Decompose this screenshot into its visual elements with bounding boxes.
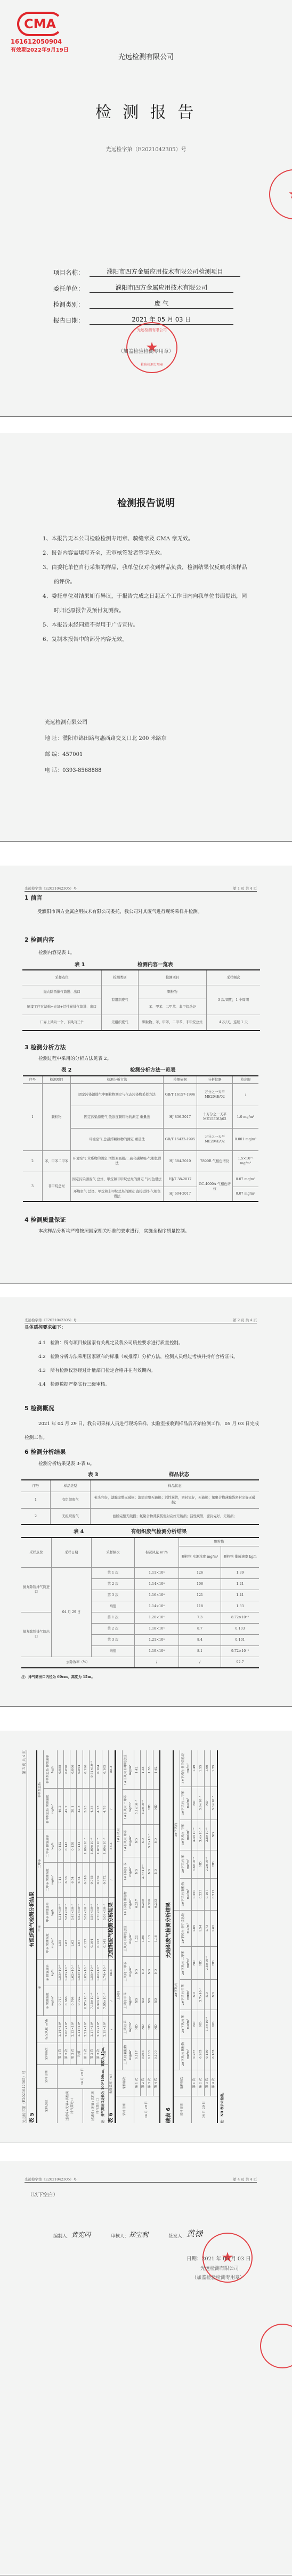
table-header: 样品类型	[51, 1480, 91, 1492]
header-report-no: 光远检字第（E2021042305）号	[25, 886, 77, 891]
table-cell: 0.138	[70, 1830, 77, 1862]
table-cell: HJ 604-2017	[164, 1187, 197, 1201]
table-cell: ND	[134, 1857, 141, 1887]
table-row: 04 月 29 日第 1 次0.267NDNDND1.650.2503.6×10…	[192, 1750, 198, 2123]
table-cell: 第 3 次	[92, 1634, 135, 1645]
table-cell: 4.79	[102, 1789, 109, 1830]
table-cell: 4.3×10⁻³	[192, 1820, 198, 1850]
footer-stamp-note: （加盖检验检测专用章）	[192, 2274, 245, 2281]
section-2-text: 检测内容见表 1。	[38, 949, 75, 957]
table-cell: 0.806	[70, 1750, 77, 1789]
table-cell: 118	[179, 1601, 221, 1612]
table-cell: 0.123	[96, 1927, 102, 1960]
table-cell: 固定污染源废气 总烃、甲烷和非甲烷总烃的测定 气相色谱法	[71, 1172, 164, 1187]
table-cell: 1.20×10⁴	[135, 1612, 179, 1623]
table-cell: 第 1 次	[83, 2043, 90, 2065]
table-row: 抛丸除锈排气筒进口 04 月 29 日 第 1 次 1.11×10⁴ 126 1…	[21, 1567, 259, 1578]
table-cell: 有组织废气	[102, 985, 139, 1015]
note-item: 2、报告内容需填写齐全，无审核签发者签字无效。	[43, 546, 250, 561]
table-cell: GC-4000A 气相色谱仪	[197, 1172, 233, 1201]
table-cell: ND	[192, 2010, 198, 2038]
table-header: 采样频次	[37, 2043, 58, 2065]
table-header: 检出限	[233, 1076, 259, 1083]
table-cell: 抛丸除锈排气筒出口	[21, 1612, 52, 1657]
table-cell: 1.55	[147, 1750, 153, 1790]
table-cell: 过滤棉+光氧+活性炭排气筒进口	[58, 2089, 83, 2124]
table-cell: ND	[147, 1790, 153, 1825]
rotated-content: 光远检字第（E2021042305）号 第 3 页 共 4 页 表 5 有组织废…	[21, 1750, 250, 2123]
table-cell: 1.62	[153, 1750, 160, 1790]
table-cell: 1.38	[141, 1750, 147, 1790]
table-cell: 2.7×10⁻³	[141, 1857, 147, 1887]
page-header: 光远检字第（E2021042305）号 第 1 页 共 4 页	[25, 886, 257, 892]
table-cell: 2.17×10⁴	[90, 2016, 96, 2043]
table-cell: 第 2 次	[90, 2043, 96, 2065]
table-cell: ND	[153, 2014, 160, 2039]
table-cell: 颗粒物、苯、甲苯、二甲苯、非甲烷总烃	[139, 1015, 207, 1031]
table-cell: 7.95×10⁻²	[102, 1986, 109, 2016]
table-cell: 2.19×10⁴	[96, 2016, 102, 2043]
company-name: 光远检测有限公司	[0, 51, 292, 61]
report-page-3: 光远检字第（E2021042305）号 第 3 页 共 4 页 表 5 有组织废…	[0, 1731, 292, 2143]
cma-mark: CMA 161612050904 有效期2022年9月19日	[11, 12, 69, 53]
table-header: 甲苯 排放速率 kg/h	[44, 1898, 58, 1927]
table-cell: 0.988	[58, 1750, 64, 1789]
table-header: 二甲苯 实测浓度 mg/m³	[44, 1862, 58, 1897]
table-cell: 42.3	[77, 1789, 83, 1830]
table-cell: 38.1	[70, 1789, 77, 1830]
table-cell: 0.818	[83, 1862, 90, 1897]
table-cell: 0.735	[90, 1862, 96, 1897]
table-cell: 121	[179, 1590, 221, 1601]
table-header: 1#下风向 颗粒物 mg/m³	[123, 1887, 134, 1921]
table-cell: /	[109, 1986, 116, 2016]
table-header: 采样点位	[21, 1537, 52, 1567]
notes-page: 检测报告说明 1、本报告无本公司检验检测专用章、骑缝章及 CMA 章无效。 2、…	[0, 433, 292, 841]
issue-date: 日期：2021 年 05 月 03 日	[186, 2254, 250, 2262]
table-cell: 0.137	[83, 1927, 90, 1960]
table-cell: 2.14×10⁴	[58, 2016, 64, 2043]
table-row: 3 非甲烷总烃 固定污染源废气 总烃、甲烷和非甲烷总烃的测定 气相色谱法 HJ/…	[23, 1172, 258, 1187]
table-cell: 8.7	[179, 1623, 221, 1634]
table-cell: 环境空气 总悬浮颗粒物的测定 重量法	[71, 1128, 164, 1150]
table-header: 上风向 甲苯 mg/m³	[123, 1987, 134, 2014]
notes-title: 检测报告说明	[0, 496, 292, 509]
table-cell: 1.22	[134, 1921, 141, 1956]
field-value: 2021 年 05 月 03 日	[90, 315, 233, 325]
table-row: 04 月 29 日第 1 次0.117NDNDND1.220.217NDND5.…	[134, 1750, 141, 2123]
table-4-title: 有组织废气检测分析结果	[131, 1527, 187, 1535]
project-name-field: 项目名称： 濮阳市四方金属应用技术有限公司检测项目	[53, 267, 240, 277]
table-cell: 1.85×10⁻³	[83, 1960, 90, 1986]
table-cell: 9.72×10⁻²	[221, 1645, 259, 1657]
table-header: 序号	[21, 1480, 51, 1492]
compiler-label: 编制人：	[53, 2233, 71, 2239]
table-row: 2 无组织废气 滤膜完整无破损；氟聚合物薄膜袋密封完好无破损；活性炭管，密封完好…	[21, 1508, 259, 1525]
table-header: 3#下风向 苯 mg/m³	[180, 1850, 192, 1878]
table-cell: 0.772	[102, 1862, 109, 1897]
note-item: 5、本报告未经同意不得用于广告宣传。	[43, 618, 250, 632]
table-cell: 2.5×10⁻³	[205, 1947, 211, 1980]
table-header: 标况风量 m³/h	[135, 1537, 179, 1567]
table-cell: 枪头完好，滤膜完整无破损；滤筒完整无破损；活性炭管，密封完好，无破损；氟聚合物薄…	[91, 1492, 259, 1508]
table-3-label: 表 3	[88, 1470, 98, 1478]
table-cell: 8.32×10⁻²	[96, 1986, 102, 2016]
table-cell: ND	[141, 1987, 147, 2014]
table-header: 上风向 二甲苯 mg/m³	[123, 1956, 134, 1987]
table-cell: ND	[211, 1820, 218, 1850]
table-cell: ND	[211, 1979, 218, 2010]
table-cell: 1.65	[192, 1910, 198, 1947]
issuer-signature: 黄禄	[186, 2228, 202, 2239]
field-label: 检测类别：	[53, 300, 90, 309]
table-6-title: 无组织废气检测分析结果	[107, 1902, 114, 1958]
table-cell: 3	[23, 1172, 43, 1201]
header-report-no: 光远检字第（E2021042305）号	[25, 2177, 77, 2182]
contact-phone: 电 话：0393-8568888	[45, 763, 167, 779]
table-header: 序号	[23, 1076, 43, 1083]
table-cell: 3.4×10⁻³	[198, 1820, 205, 1850]
table-cell: 1.14×10⁴	[135, 1601, 179, 1612]
contact-address: 地 址：濮阳市锦田路与惠西路交叉口北 200 米路东	[45, 731, 167, 747]
table-cell: 1.62	[211, 1910, 218, 1947]
table-cell: /	[135, 1657, 179, 1668]
table-cell: 1.53×10⁻²	[58, 1960, 64, 1986]
table-cell: 7.15×10⁻²	[90, 1986, 96, 2016]
field-value: 濮阳市四方金属应用技术有限公司检测项目	[90, 267, 240, 277]
table-cell: 0.001 mg/m³	[233, 1128, 259, 1150]
table-row: 第 3 次0.1501.8×10⁻³ND2.5×10⁻³1.730.1672.2…	[205, 1750, 211, 2123]
seal-text: 光远检测有限公司	[127, 327, 176, 333]
table-row: 第 4 次0.183NDNDND1.620.217NDND3.3×10⁻³1.7…	[211, 1750, 218, 2123]
table-cell: 固定污染源废气 低浓度颗粒物的测定 重量法	[71, 1106, 164, 1128]
table-cell: 2.19×10⁴	[102, 2016, 109, 2043]
table-cell: 1.41	[221, 1590, 259, 1601]
table-cell: 1.67	[77, 1927, 83, 1960]
table-cell: 0.894	[77, 1750, 83, 1789]
qc-item: 4.3 所有检测仪器经过计量部门检定合格并在有效期内。	[25, 1364, 262, 1378]
table-cell: 第 1 次	[58, 2043, 64, 2065]
table-cell: 刷漆工序过滤棉+光氧+活性炭排气筒进、出口	[22, 999, 102, 1015]
table-header: 1#下风向 甲苯 mg/m³	[123, 1825, 134, 1857]
table-cell: 1.82×10⁻³	[96, 1960, 102, 1986]
table-header: 上风向 颗粒物 mg/m³	[123, 2039, 134, 2070]
table-cell: 非甲烷总烃	[43, 1172, 71, 1201]
table-row: 厂界上风向一个、下风向三个 无组织废气 颗粒物、苯、甲苯、二甲苯、非甲烷总烃 4…	[22, 1015, 260, 1031]
table-cell: 3 次/周期，1 个周期	[207, 985, 261, 1015]
cover-page: CMA 161612050904 有效期2022年9月19日 光远检测有限公司 …	[0, 0, 292, 416]
table-cell: 1.80×10⁻²	[83, 1830, 90, 1862]
table-cell: 0.116	[83, 1750, 90, 1789]
table-cell: /	[109, 2016, 116, 2043]
table-cell: 1.62	[70, 1927, 77, 1960]
table-cell: 1.55×10⁻³	[90, 1960, 96, 1986]
table-cell: ND	[153, 1987, 160, 2014]
table-row: 第 3 次0.133NDNDND1.130.300ND5.2×10⁻³ND1.5…	[147, 1750, 153, 2123]
footer-company: 光远检测有限公司	[200, 2265, 239, 2272]
table-cell: 0.144	[77, 1830, 83, 1862]
table-cell: 1.74×10⁻³	[102, 1960, 109, 1986]
note-item: 4、委托单位对结果如有异议，于报告完成之日起五个工作日内向我单位书面提出，同时归…	[43, 589, 250, 618]
table-header: 采样频次	[173, 2070, 192, 2096]
table-cell: 0.104	[96, 1750, 102, 1789]
table-cell: 3.52×10⁻²	[77, 1898, 83, 1927]
table-4-note: 注：排气筒出口内径为 60cm，高度为 15m。	[21, 1674, 95, 1679]
table-cell: 0.143	[64, 1830, 70, 1862]
reviewer-label: 审核人：	[111, 2233, 129, 2239]
table-cell: 1.55	[58, 1927, 64, 1960]
table-cell: 均值	[92, 1645, 135, 1657]
table-2: 序号 检测项目 检测分析方法 检测依据 分析仪器 检出限 1 颗粒物 固定污染源…	[23, 1075, 258, 1202]
table-cell: 第 1 次	[92, 1567, 135, 1578]
table-cell: 1.83	[64, 1927, 70, 1960]
table-header: 3#下风向	[173, 1750, 180, 1910]
table-cell: 1.21	[221, 1578, 259, 1590]
table-cell: 3.3×10⁻³	[211, 1787, 218, 1820]
table-cell: 92.7	[221, 1657, 259, 1668]
table-header: 上风向 非甲烷总烃 mg/m³	[123, 1921, 134, 1956]
field-value: 废 气	[90, 299, 233, 309]
table-cell: 万分之一天平 ME204E/02	[197, 1083, 233, 1106]
table-cell: 3.6×10⁻³	[192, 1850, 198, 1878]
contact-postcode: 邮 编：457001	[45, 747, 167, 763]
qc-intro: 具体质控要求如下：	[25, 1324, 66, 1332]
table-header: 2#下风向 非甲烷总烃 mg/m³	[180, 1910, 192, 1947]
table-cell: 0.233	[153, 1887, 160, 1921]
table-cell: 十万分之一天平 ME155DU/02	[197, 1106, 233, 1128]
table-cell: 环境空气 苯系物的测定 活性炭吸附/二硫化碳解吸-气相色谱法	[71, 1150, 164, 1172]
table-cell: ND	[205, 1979, 211, 2010]
table-cell: 无组织废气	[51, 1508, 91, 1525]
table-cell: 1.18	[153, 1921, 160, 1956]
table-row: 去除效率（%） / / 92.7	[21, 1657, 259, 1668]
table-cell: ND	[134, 2014, 141, 2039]
table-cell: 0.250	[192, 1878, 198, 1910]
table-6: 采样日期 采样频次 上风向 1#下风向 上风向 颗粒物 mg/m³上风向 苯 m…	[115, 1750, 160, 2123]
note-item: 1、本报告无本公司检验检测专用章、骑缝章及 CMA 章无效。	[43, 532, 250, 546]
table-cell: 3.02×10⁻³	[83, 1898, 90, 1927]
table-header: 苯 实测浓度 mg/m³	[44, 1986, 58, 2016]
table-cell: 均值	[77, 2043, 83, 2065]
table-header: 检测类别	[102, 970, 139, 985]
table-cell: ND	[205, 1787, 211, 1820]
issuer-label: 签发人：	[168, 2233, 186, 2239]
table-cell: 0.890	[64, 1750, 70, 1789]
table-cell: 2.8×10⁻³	[205, 1820, 211, 1850]
table-cell: 0.133	[147, 2039, 153, 2070]
table-cell: 有组织废气	[51, 1492, 91, 1508]
section-4-title: 4 检测质量保证	[25, 1215, 66, 1224]
table-cell: 2.12×10⁴	[70, 2016, 77, 2043]
table-cell: ND	[198, 1850, 205, 1878]
table-cell: ND	[192, 1787, 198, 1820]
note-item: 3、由委托单位自行采集的样品，我单位仅对收到样品负责，检测结果仅反映对该样品的评…	[43, 561, 250, 589]
table-cell: 颗粒物	[139, 985, 207, 999]
table-cell: 6.86	[64, 1862, 70, 1897]
table-cell: 0.217	[211, 1878, 218, 1910]
table-cell: ND	[153, 1825, 160, 1857]
table-4: 采样点位 采样日期 采样频次 标况风量 m³/h 颗粒物 颗粒物 实测浓度 mg…	[21, 1537, 259, 1668]
table-header: 标况风量 m³/h	[37, 2016, 58, 2043]
header-report-no: 光远检字第（E2021042305）号	[21, 2071, 26, 2123]
table-2-label: 表 2	[61, 1066, 71, 1073]
table-cell: 第 2 次	[92, 1578, 135, 1590]
table-cell: 6.84	[77, 1862, 83, 1897]
report-title: 检 测 报 告	[0, 99, 292, 122]
table-cell: 1.8×10⁻³	[205, 2010, 211, 2038]
table-cell: 第 1 次	[134, 2070, 141, 2096]
table-5-title: 有组织废气检测分析结果	[28, 1891, 35, 1947]
table-cell: 7890B 气相色谱仪	[197, 1150, 233, 1172]
table-6-continued: 采样日期 采样频次 2#下风向 3#下风向 2#下风向 颗粒物 mg/m³2#下…	[173, 1750, 218, 2123]
table-6-label: 表 6	[107, 2113, 114, 2123]
reviewer-signature: 郑宝利	[129, 2230, 148, 2239]
section-3-title: 3 检测分析方法	[25, 1043, 66, 1051]
table-cell: 1.62×10⁻²	[70, 1960, 77, 1986]
table-cell: 3.7×10⁻³	[198, 1979, 205, 2010]
table-cell: 126	[179, 1567, 221, 1578]
table-cell: 第 3 次	[147, 2070, 153, 2096]
table-cell: 抛丸除锈排气筒进口	[21, 1567, 52, 1612]
table-cell: 第 2 次	[141, 2070, 147, 2096]
table-cell: 106	[179, 1578, 221, 1590]
table-cell: 1.73	[205, 1910, 211, 1947]
table-header: 1#下风向 二甲苯 mg/m³	[123, 1790, 134, 1825]
table-header: 样品状态	[91, 1480, 259, 1492]
table-row: 第 4 次0.100NDNDND1.180.233NDNDND1.62	[153, 1750, 160, 2123]
table-cell: 1.75	[211, 1750, 218, 1787]
company-seal-edge: ★	[269, 169, 292, 219]
table-cell: 无组织废气	[102, 1015, 139, 1031]
table-cell: 1.67×10⁻²	[96, 1830, 102, 1862]
table-cell: 第 3 次	[92, 1590, 135, 1601]
table-cell: 1	[23, 1083, 43, 1150]
table-cell: 5.25	[83, 1789, 90, 1830]
table-cell: 3.31×10⁻²	[58, 1898, 64, 1927]
table-cell: ND	[134, 1956, 141, 1987]
table-header: 非甲烷总烃 实测浓度 mg/m³	[44, 1789, 58, 1830]
table-header: 颗粒物 实测浓度 mg/m³	[179, 1546, 221, 1567]
table-header: 非甲烷总烃 排放速率 kg/h	[44, 1750, 58, 1789]
table-cell: 第 2 次	[198, 2070, 205, 2096]
table-cell: 7.11	[58, 1862, 64, 1897]
table-cell: 0.07 mg/m³	[233, 1172, 259, 1187]
table-header: 检测依据	[164, 1076, 197, 1083]
header-page-no: 第 3 页 共 4 页	[21, 1750, 26, 1774]
table-cell: 1.49	[192, 1750, 198, 1787]
table-1-title: 检测内容一览表	[137, 960, 173, 968]
table-header: 分析仪器	[197, 1076, 233, 1083]
table-header: 二甲苯 排放速率 kg/h	[44, 1830, 58, 1862]
table-header: 检测项目	[43, 1076, 71, 1083]
table-cell: ND	[141, 1825, 147, 1857]
header-page-no: 第 1 页 共 4 页	[233, 886, 257, 891]
table-cell: ND	[153, 1790, 160, 1825]
contact-company: 光远检测有限公司	[45, 715, 167, 731]
table-row: 抛丸除锈排气筒进、出口 有组织废气 颗粒物 3 次/周期，1 个周期	[22, 985, 260, 999]
table-cell: 固定污染源排气中颗粒物测定与气态污染物采样方法	[71, 1083, 164, 1106]
table-cell: 5.1×10⁻³	[134, 1790, 141, 1825]
field-label: 项目名称：	[53, 268, 90, 277]
table-cell: 颗粒物	[43, 1083, 71, 1150]
table-cell: ND	[147, 1857, 153, 1887]
table-cell: 0.283	[198, 2038, 205, 2070]
table-cell: ND	[153, 1956, 160, 1987]
note-item: 6、复制本报告中的部分内容无效。	[43, 632, 250, 647]
section-5-title: 5 检测概况	[25, 1404, 54, 1412]
table-cell: 1.0 mg/m³	[233, 1106, 259, 1128]
table-cell: GB/T 16157-1996	[164, 1083, 197, 1106]
table-cell: 0.233	[198, 1878, 205, 1910]
table-cell: 第 4 次	[211, 2070, 218, 2096]
table-cell: 4.73	[96, 1789, 102, 1830]
table-cell: 1.60×10⁻²	[90, 1830, 96, 1862]
table-cell: 第 4 次	[153, 2070, 160, 2096]
table-header: 苯	[37, 1960, 44, 2016]
table-cell: 第 1 次	[92, 1612, 135, 1623]
client-field: 委托单位： 濮阳市四方金属应用技术有限公司	[53, 283, 233, 293]
table-cell: 0.300	[147, 1887, 153, 1921]
table-cell: 5.2×10⁻³	[147, 1825, 153, 1857]
table-cell: 1.33	[221, 1601, 259, 1612]
table-cell: 6.54	[70, 1862, 77, 1897]
table-6-note: 注：ND 表示未检出。	[220, 2091, 224, 2123]
table-cell: 0.101	[221, 1634, 259, 1645]
table-cell: ND	[134, 1825, 141, 1857]
table-cell: 去除效率（%）	[21, 1657, 135, 1668]
table-header: 检测分析方法	[71, 1076, 164, 1083]
table-header: 2#下风向	[173, 1910, 180, 2070]
seam-seal-edge	[260, 2324, 292, 2368]
table-row: 1 颗粒物 固定污染源排气中颗粒物测定与气态污染物采样方法 GB/T 16157…	[23, 1083, 258, 1106]
table-cell: 4.38	[90, 1789, 96, 1830]
table-cell: 1.06	[141, 1921, 147, 1956]
table-cell: 7.3	[179, 1612, 221, 1623]
table-header: 采样日期	[116, 2096, 134, 2124]
table-3-title: 样品状态	[169, 1470, 189, 1478]
table-cell: 2	[21, 1508, 51, 1525]
table-header: 采样日期	[52, 1537, 92, 1567]
table-cell: 2.11×10⁴	[77, 2016, 83, 2043]
table-cell: 3.6×10⁻³	[198, 1787, 205, 1820]
contact-block: 光远检测有限公司 地 址：濮阳市锦田路与惠西路交叉口北 200 米路东 邮 编：…	[45, 715, 167, 779]
table-cell: 0.717	[58, 1986, 64, 2016]
table-header: 采样日期	[173, 2096, 192, 2124]
page-header: 光远检字第（E2021042305）号 第 3 页 共 4 页	[21, 1750, 27, 2123]
table-2-title: 检测分析方法一览表	[130, 1066, 176, 1073]
table-cell: ND	[134, 1987, 141, 2014]
table-cell: 0.105	[102, 1750, 109, 1789]
report-page-4: 光远检字第（E2021042305）号 第 4 页 共 4 页 （以下空白） 编…	[0, 2161, 292, 2575]
table-cell: 苯、甲苯二甲苯	[43, 1150, 71, 1172]
table-cell: 厂界上风向一个、下风向三个	[22, 1015, 102, 1031]
table-cell: 0.686	[64, 1986, 70, 2016]
table-cell: 88.3	[109, 1750, 116, 1789]
section-1-text: 受濮阳市四方金属应用技术有限公司委托，我公司对其废气进行现场采样并检测。	[25, 905, 261, 919]
table-5-note: 注：排气筒出口边长为 100*100cm，高度为 15m。	[100, 2045, 105, 2123]
qc-item: 4.2 检测分析方法采用国家颁布的标准（或推荐）分析方法，检测人员经过考核并持有…	[25, 1350, 262, 1364]
table-cell: 第 3 次	[70, 2043, 77, 2065]
table-cell: ND	[153, 1857, 160, 1887]
seal-subtext: 检验检测专用章	[127, 362, 176, 367]
table-cell: 去除效率（%）	[109, 2043, 116, 2124]
table-cell: 0.150	[205, 2038, 211, 2070]
table-header: 1#下风向 苯 mg/m³	[123, 1857, 134, 1887]
table-cell: 8.4	[179, 1634, 221, 1645]
section-6-text: 检测分析结果见表 3-表 6。	[38, 1460, 94, 1468]
table-cell: 04 月 29 日	[52, 1567, 92, 1657]
table-header: 2#下风向 苯 mg/m³	[180, 2010, 192, 2038]
